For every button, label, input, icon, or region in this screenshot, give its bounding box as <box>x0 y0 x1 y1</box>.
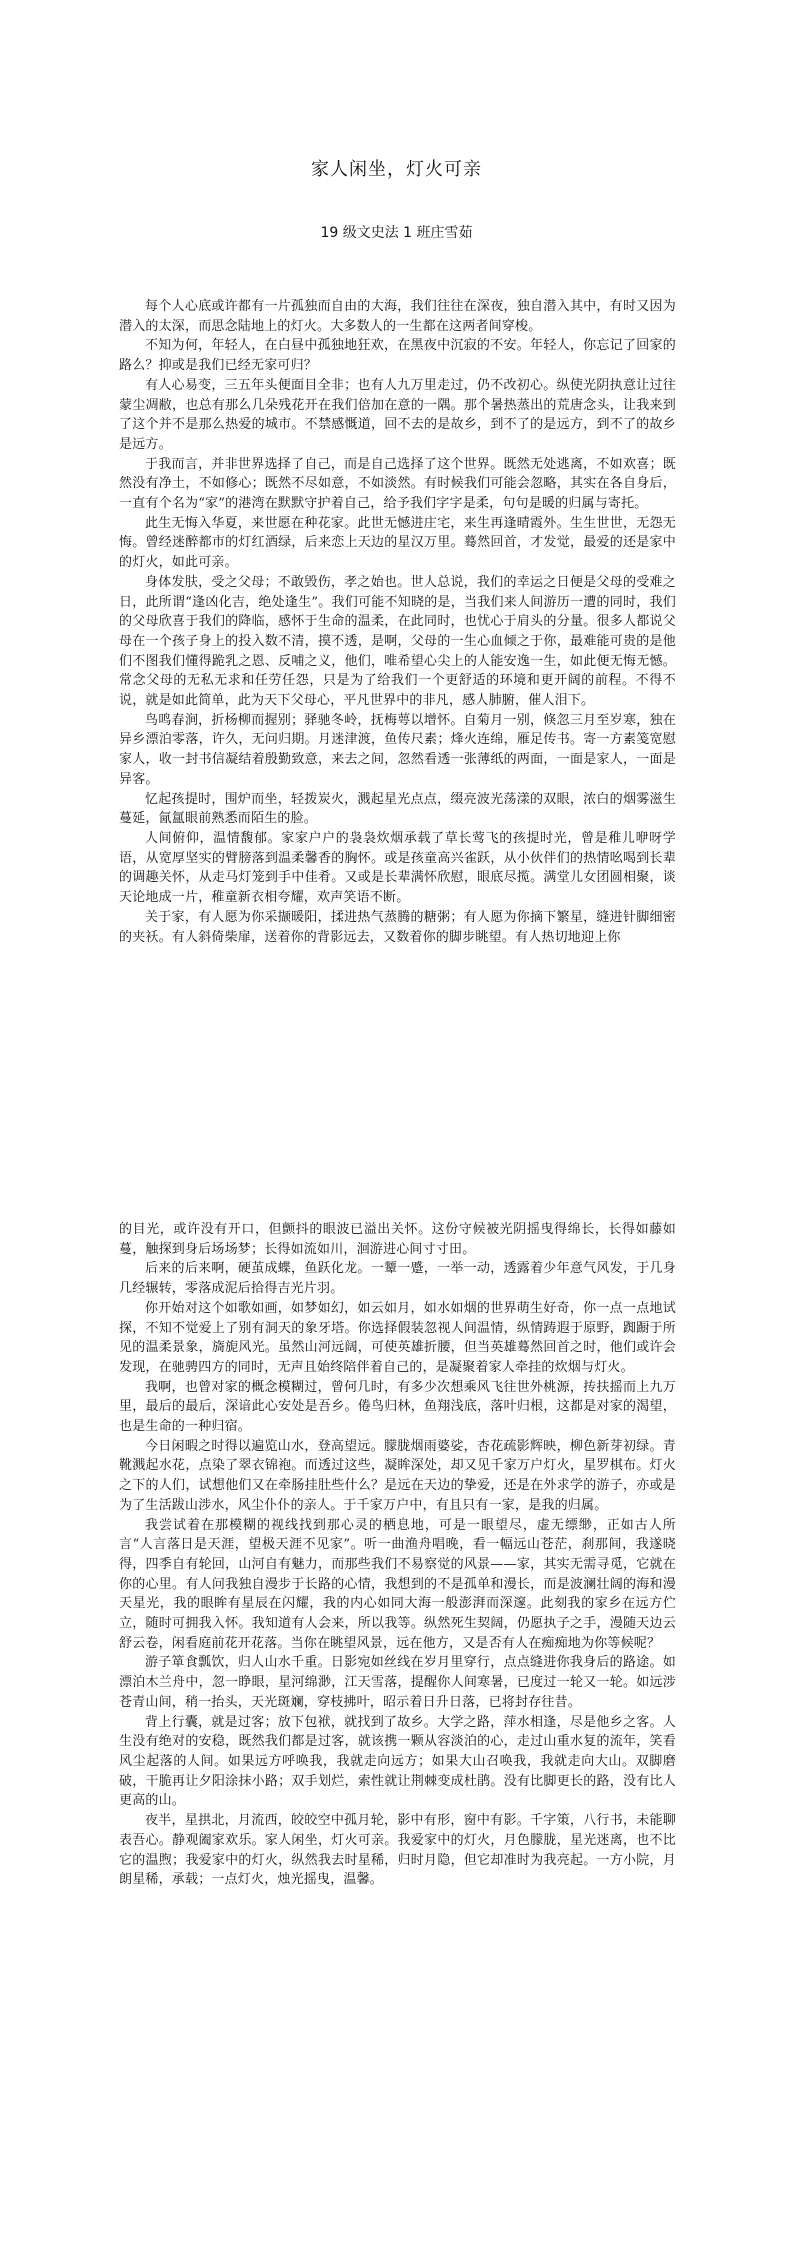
paragraph: 人间俯仰，温情馥郁。家家户户的袅袅炊烟承载了草长莺飞的孩提时光，曾是稚儿咿呀学语… <box>119 829 676 908</box>
paragraph: 鸟鸣春涧，折杨柳而握别；驿驰冬岭，抚梅萼以增怀。自菊月一别，倏忽三月至岁寒，独在… <box>119 711 676 790</box>
paragraph: 每个人心底或许都有一片孤独而自由的大海，我们往往在深夜，独自潜入其中，有时又因为… <box>119 297 676 336</box>
paragraph: 今日闲暇之时得以遍览山水，登高望远。朦胧烟雨婆娑，杏花疏影辉映，柳色新芽初绿。青… <box>119 1437 676 1516</box>
paragraph: 游子箪食瓢饮，归人山水千重。日影宛如丝线在岁月里穿行，点点缝进你我身后的路途。如… <box>119 1653 676 1712</box>
paragraph-continued: 的目光，或许没有开口，但颤抖的眼波已溢出关怀。这份守候被光阴摇曳得绵长，长得如藤… <box>119 1220 676 1259</box>
paragraph: 于我而言，并非世界选择了自己，而是自己选择了这个世界。既然无处逃离，不如欢喜；既… <box>119 455 676 514</box>
page-1-body: 每个人心底或许都有一片孤独而自由的大海，我们往往在深夜，独自潜入其中，有时又因为… <box>119 297 676 1017</box>
paragraph: 不知为何，年轻人，在白昼中孤独地狂欢，在黑夜中沉寂的不安。年轻人，你忘记了回家的… <box>119 336 676 375</box>
document-title: 家人闲坐，灯火可亲 <box>0 155 793 181</box>
paragraph: 你开始对这个如歌如画，如梦如幻，如云如月，如水如烟的世界萌生好奇，你一点一点地试… <box>119 1299 676 1378</box>
paragraph: 我啊，也曾对家的概念模糊过，曾何几时，有多少次想乘风飞往世外桃源，抟扶摇而上九万… <box>119 1378 676 1437</box>
author-line: 19 级文史法 1 班庄雪茹 <box>0 222 793 242</box>
paragraph: 背上行囊，就是过客；放下包袱，就找到了故乡。大学之路，萍水相逢，尽是他乡之客。人… <box>119 1713 676 1812</box>
paragraph: 身体发肤，受之父母；不敢毁伤，孝之始也。世人总说，我们的幸运之日便是父母的受难之… <box>119 573 676 711</box>
paragraph: 有人心易变，三五年头便面目全非；也有人九万里走过，仍不改初心。纵使光阴执意让过往… <box>119 376 676 455</box>
paragraph: 夜半，星拱北，月流西，皎皎空中孤月轮，影中有形，窗中有影。千字策，八行书，未能聊… <box>119 1811 676 1890</box>
paragraph: 忆起孩提时，围炉而坐，轻拨炭火，溅起星光点点，缀亮波光荡漾的双眼，浓白的烟雾滋生… <box>119 790 676 829</box>
paragraph: 我尝试着在那模糊的视线找到那心灵的栖息地，可是一眼望尽，虚无缥缈，正如古人所言“… <box>119 1516 676 1654</box>
paragraph: 此生无悔入华夏，来世愿在种花家。此世无憾进庄宅，来生再逢晴霞外。生生世世，无怨无… <box>119 514 676 573</box>
paragraph: 关于家，有人愿为你采撷暖阳，揉进热气蒸腾的糖粥；有人愿为你摘下繁星，缝进针脚细密… <box>119 908 676 947</box>
page-2-body: 的目光，或许没有开口，但颤抖的眼波已溢出关怀。这份守候被光阴摇曳得绵长，长得如藤… <box>119 1220 676 1890</box>
paragraph: 后来的后来啊，硬茧成蝶，鱼跃化龙。一颦一蹙，一举一动，透露着少年意气风发，于几身… <box>119 1259 676 1298</box>
